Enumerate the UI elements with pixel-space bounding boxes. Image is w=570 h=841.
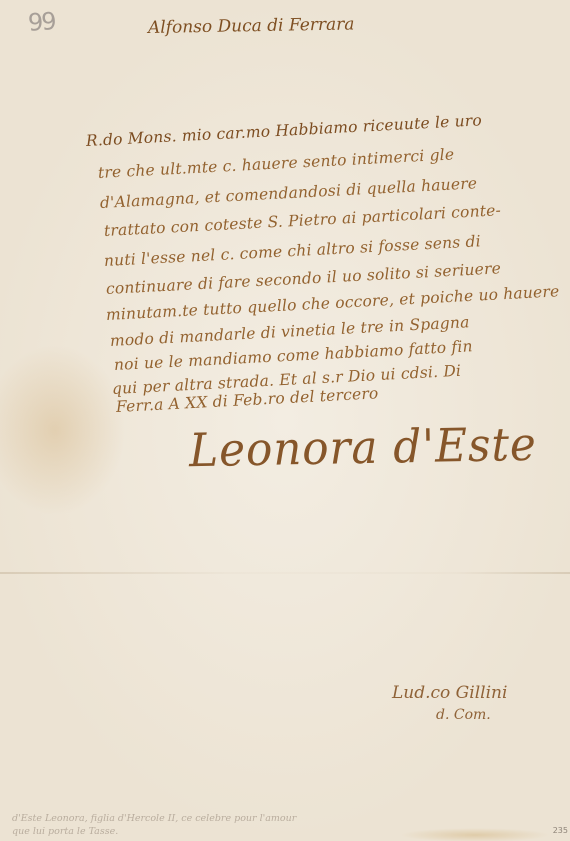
edge-stain bbox=[400, 828, 550, 841]
archive-number: 235 bbox=[553, 826, 568, 835]
pencil-number-mark: 99 bbox=[27, 7, 55, 37]
pencil-annotation-line-1: d'Este Leonora, figlia d'Hercole II, ce … bbox=[12, 812, 296, 825]
letter-sheet: 99 Alfonso Duca di Ferrara R.do Mons. mi… bbox=[0, 0, 570, 841]
fold-line bbox=[0, 572, 570, 574]
body-line-1: R.do Mons. mio car.mo Habbiamo riceuute … bbox=[86, 111, 483, 150]
pencil-annotation: d'Este Leonora, figlia d'Hercole II, ce … bbox=[12, 812, 296, 838]
countersignature-name: Lud.co Gillini bbox=[392, 682, 507, 704]
body-line-2: tre che ult.mte c. hauere sento intimerc… bbox=[98, 145, 455, 182]
address-line: Alfonso Duca di Ferrara bbox=[148, 14, 355, 38]
signature: Leonora d'Este bbox=[189, 417, 537, 477]
pencil-annotation-line-2: que lui porta le Tasse. bbox=[12, 825, 296, 838]
countersignature: Lud.co Gillini d. Com. bbox=[392, 682, 507, 726]
countersignature-title: d. Com. bbox=[392, 704, 507, 726]
